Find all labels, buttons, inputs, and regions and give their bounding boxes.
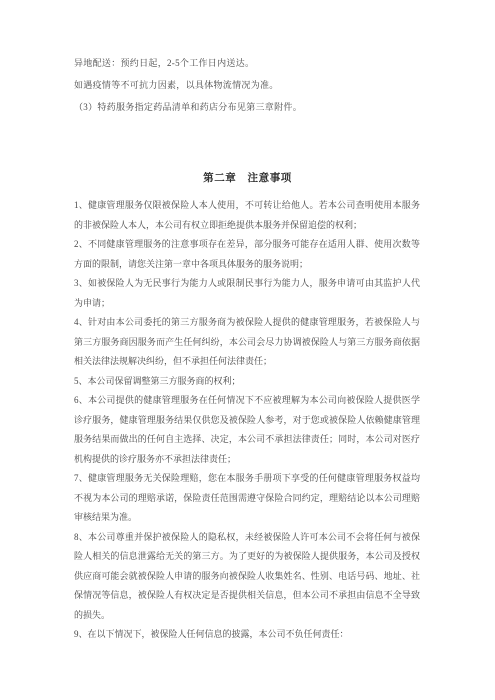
note-item-3-line-2: 为申请； bbox=[74, 294, 420, 314]
chapter-title: 第二章 注意事项 bbox=[0, 170, 495, 185]
note-item-2-line-1: 2、不同健康管理服务的注意事项存在差异，部分服务可能存在适用人群、使用次数等 bbox=[74, 235, 420, 255]
note-item-3-line-1: 3、如被保险人为无民事行为能力人或限制民事行为能力人，服务申请可由其监护人代 bbox=[74, 274, 420, 294]
note-item-9-line-1: 9、在以下情况下，被保险人任何信息的披露，本公司不负任何责任： bbox=[74, 625, 420, 645]
note-item-1-line-2: 的非被保险人本人，本公司有权立即拒绝提供本服务并保留追偿的权利； bbox=[74, 216, 420, 236]
note-item-4-line-2: 第三方服务商因服务而产生任何纠纷，本公司会尽力协调被保险人与第三方服务商依据 bbox=[74, 333, 420, 353]
note-item-8-line-4: 保情况等信息，被保险人有权决定是否提供相关信息，但本公司不承担由信息不全导致 bbox=[74, 586, 420, 606]
note-item-8-line-2: 险人相关的信息泄露给无关的第三方。为了更好的为被保险人提供服务，本公司及授权 bbox=[74, 547, 420, 567]
note-item-6-line-2: 诊疗服务，健康管理服务结果仅供您及被保险人参考，对于您或被保险人依赖健康管理 bbox=[74, 411, 420, 431]
note-item-6-line-3: 服务结果而做出的任何自主选择、决定，本公司不承担法律责任；同时，本公司对医疗 bbox=[74, 430, 420, 450]
page-background: 异地配送：预约日起，2-5个工作日内送达。 如遇疫情等不可抗力因素，以具体物流情… bbox=[0, 0, 495, 700]
note-item-8-line-3: 供应商可能会就被保险人申请的服务向被保险人收集姓名、性别、电话号码、地址、社 bbox=[74, 567, 420, 587]
note-item-8-line-1: 8、本公司尊重并保护被保险人的隐私权，未经被保险人许可本公司不会将任何与被保 bbox=[74, 528, 420, 548]
note-item-4-line-3: 相关法律法规解决纠纷，但不承担任何法律责任； bbox=[74, 352, 420, 372]
delivery-note-block: 异地配送：预约日起，2-5个工作日内送达。 如遇疫情等不可抗力因素，以具体物流情… bbox=[74, 52, 424, 118]
note-item-7-line-3: 审核结果为准。 bbox=[74, 508, 420, 528]
document-page: { "page": { "background_color": "#ffffff… bbox=[0, 0, 495, 700]
note-item-5-line-1: 5、本公司保留调整第三方服务商的权利； bbox=[74, 372, 420, 392]
note-item-7-line-2: 不视为本公司的理赔承诺，保险责任范围需遵守保险合同约定，理赔结论以本公司理赔 bbox=[74, 489, 420, 509]
note-item-1-line-1: 1、健康管理服务仅限被保险人本人使用，不可转让给他人。若本公司查明使用本服务 bbox=[74, 196, 420, 216]
note-item-6-line-1: 6、本公司提供的健康管理服务在任何情况下不应被理解为本公司向被保险人提供医学 bbox=[74, 391, 420, 411]
note-item-7-line-1: 7、健康管理服务无关保险理赔，您在本服务手册项下享受的任何健康管理服务权益均 bbox=[74, 469, 420, 489]
note-item-4-line-1: 4、针对由本公司委托的第三方服务商为被保险人提供的健康管理服务，若被保险人与 bbox=[74, 313, 420, 333]
delivery-note-line-2: 如遇疫情等不可抗力因素，以具体物流情况为准。 bbox=[74, 74, 420, 96]
note-item-2-line-2: 方面的限制，请您关注第一章中各项具体服务的服务说明； bbox=[74, 255, 420, 275]
delivery-note-line-1: 异地配送：预约日起，2-5个工作日内送达。 bbox=[74, 52, 420, 74]
notes-list: 1、健康管理服务仅限被保险人本人使用，不可转让给他人。若本公司查明使用本服务的非… bbox=[74, 196, 420, 645]
delivery-note-line-3: （3）特药服务指定药品清单和药店分布见第三章附件。 bbox=[74, 96, 420, 118]
note-item-6-line-4: 机构提供的诊疗服务亦不承担法律责任； bbox=[74, 450, 420, 470]
note-item-8-line-5: 的损失。 bbox=[74, 606, 420, 626]
